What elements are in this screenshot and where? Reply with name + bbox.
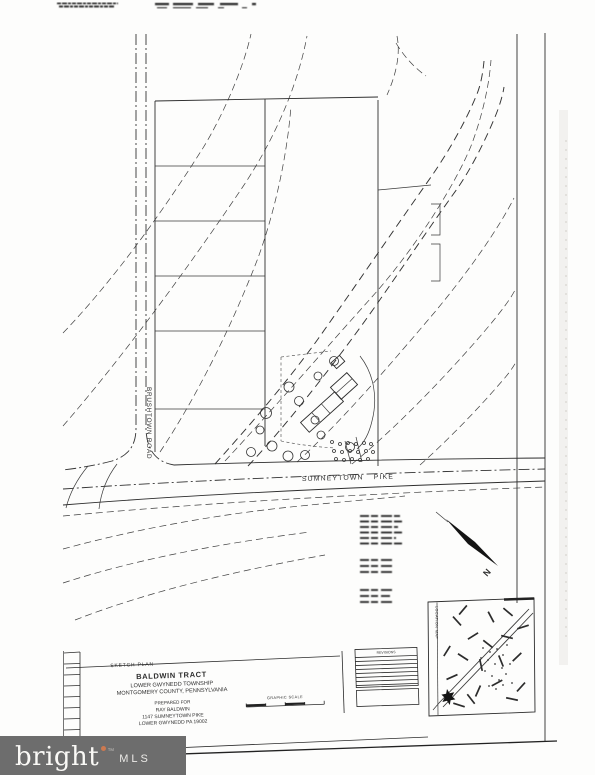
inset-location-map: LOCATION MAP bbox=[428, 598, 535, 716]
revisions-label: REVISIONS bbox=[376, 650, 396, 655]
tract-title: BALDWIN TRACT bbox=[136, 670, 207, 681]
scanned-sketch-plan-sheet: BRUSHTOWN ROAD SUMNEYTOWN PIKE bbox=[0, 0, 595, 775]
site-location-star bbox=[441, 689, 455, 705]
watermark-mls-text: MLS bbox=[119, 753, 151, 765]
contour-lines bbox=[63, 34, 517, 620]
farmstead-complex bbox=[281, 351, 375, 464]
watermark-trademark: ™ bbox=[107, 748, 114, 755]
sheet-border bbox=[64, 33, 558, 758]
revisions-table: REVISIONS bbox=[342, 647, 419, 713]
brushtown-road bbox=[63, 34, 174, 470]
site-plan-drawing: BRUSHTOWN ROAD SUMNEYTOWN PIKE bbox=[0, 0, 595, 775]
title-block-text: SKETCH PLAN BALDWIN TRACT LOWER GWYNEDD … bbox=[110, 659, 229, 728]
inset-map-label: LOCATION MAP bbox=[435, 606, 439, 639]
client-address-2: LOWER GWYNEDD PA 19002 bbox=[139, 719, 208, 727]
watermark-brand-text: bright bbox=[15, 740, 99, 774]
north-arrow: N bbox=[436, 512, 498, 578]
graphic-scale: GRAPHIC SCALE bbox=[246, 694, 324, 707]
sumneytown-pike-label: SUMNEYTOWN PIKE bbox=[302, 474, 394, 483]
north-arrow-label: N bbox=[481, 567, 493, 579]
tree-symbols bbox=[247, 357, 355, 462]
scan-header-smudge bbox=[57, 3, 256, 8]
sumneytown-pike bbox=[63, 458, 545, 516]
brushtown-road-label: BRUSHTOWN ROAD bbox=[145, 387, 152, 459]
prepared-for-label: PREPARED FOR bbox=[154, 699, 191, 705]
plan-type-label: SKETCH PLAN bbox=[110, 662, 154, 670]
watermark-accent-dot-icon bbox=[101, 746, 106, 751]
scan-edge-streak bbox=[559, 110, 568, 665]
site-data-table bbox=[360, 516, 404, 602]
inset-side-roads bbox=[444, 605, 529, 706]
brightmls-watermark: bright ™ MLS bbox=[0, 736, 186, 775]
graphic-scale-label: GRAPHIC SCALE bbox=[267, 695, 303, 700]
stream-corridor bbox=[215, 61, 504, 466]
